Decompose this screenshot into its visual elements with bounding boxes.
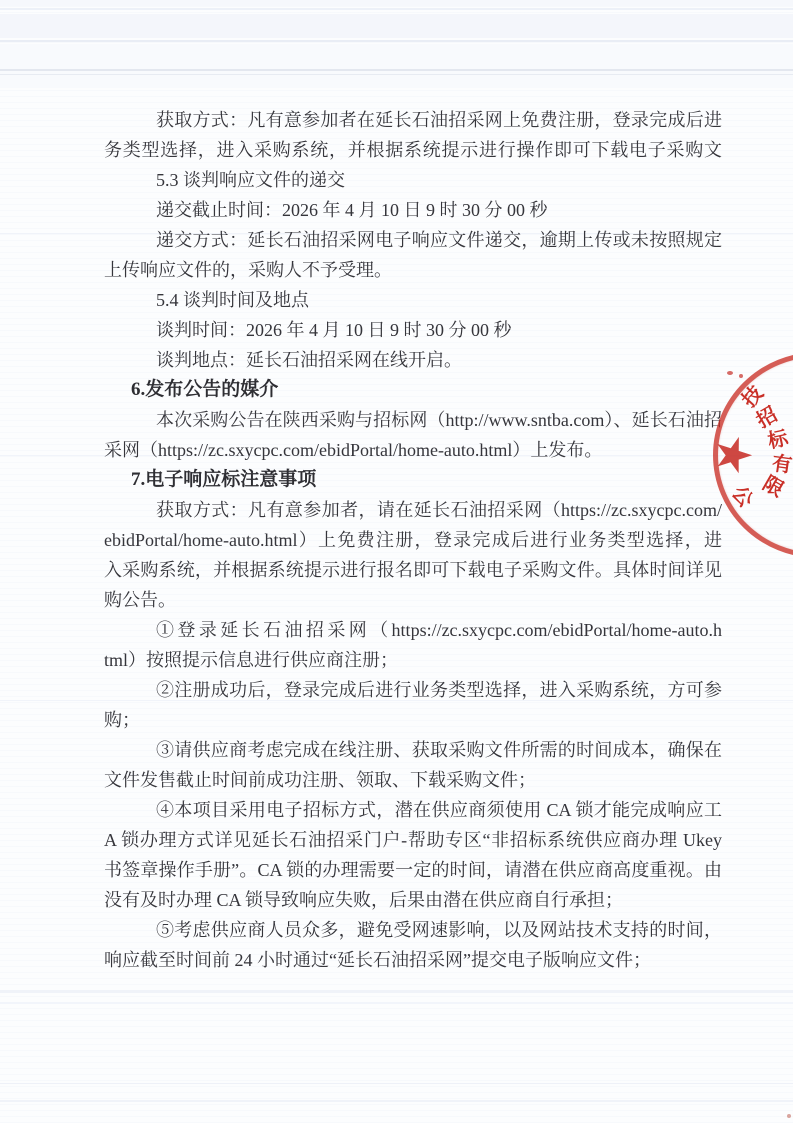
paragraph-line: 递交方式：延长石油招采网电子响应文件递交，逾期上传或未按照规定时间 [104,225,722,255]
paragraph-line: A 锁办理方式详见延长石油招采门户-帮助专区“非招标系统供应商办理 Ukey 证 [104,825,722,855]
section-heading-6: 6.发布公告的媒介 [104,375,722,405]
deadline-line: 递交截止时间：2026 年 4 月 10 日 9 时 30 分 00 秒 [104,195,722,225]
subsection-heading-5-3: 5.3 谈判响应文件的递交 [104,165,722,195]
seal-character: 标 [765,427,791,453]
subsection-heading-5-4: 5.4 谈判时间及地点 [104,285,722,315]
numbered-item-1: ①登录延长石油招采网（https://zc.sxycpc.com/ebidPor… [104,615,722,645]
scan-artifact-line [0,69,793,71]
seal-character: 招 [752,403,782,433]
paragraph-line: 入采购系统，并根据系统提示进行报名即可下载电子采购文件。具体时间详见采 [104,555,722,585]
seal-character: 有 [770,453,793,478]
scan-artifact-line [0,74,793,75]
paragraph-line: 文件发售截止时间前成功注册、领取、下载采购文件； [104,765,722,795]
paragraph-line: 书签章操作手册”。CA 锁的办理需要一定的时间，请潜在供应商高度重视。由于 [104,855,722,885]
paragraph-line: ebidPortal/home-auto.html）上免费注册，登录完成后进行业… [104,525,722,555]
scan-artifact-line [0,1083,793,1084]
paragraph-line: 没有及时办理 CA 锁导致响应失败，后果由潜在供应商自行承担； [104,885,722,915]
paragraph-line: 上传响应文件的，采购人不予受理。 [104,255,722,285]
seal-character: 限 [758,472,788,502]
document-body: 获取方式：凡有意参加者在延长石油招采网上免费注册，登录完成后进行业务类型选择，进… [104,105,722,975]
scan-artifact-line [0,1100,793,1102]
seal-character: 技 [737,381,768,412]
negotiation-time-line: 谈判时间：2026 年 4 月 10 日 9 时 30 分 00 秒 [104,315,722,345]
paragraph-line: 务类型选择，进入采购系统，并根据系统提示进行操作即可下载电子采购文件。 [104,135,722,165]
seal-ink-speck [739,374,743,378]
scan-artifact-line [0,8,793,10]
seal-character: 公 [727,482,758,513]
scan-artifact-line [0,990,793,993]
numbered-item-3: ③请供应商考虑完成在线注册、获取采购文件所需的时间成本，确保在采购 [104,735,722,765]
red-corner-speck [787,1114,791,1118]
scan-artifact-line [0,44,793,88]
paragraph-line: tml）按照提示信息进行供应商注册； [104,645,722,675]
paragraph-line: 购； [104,705,722,735]
numbered-item-2: ②注册成功后，登录完成后进行业务类型选择，进入采购系统，方可参与采 [104,675,722,705]
scan-artifact-line [0,0,793,6]
numbered-item-4: ④本项目采用电子招标方式，潜在供应商须使用 CA 锁才能完成响应工作，C [104,795,722,825]
scan-artifact-line [0,1002,793,1004]
section-heading-7: 7.电子响应标注意事项 [104,465,722,495]
paragraph-line: 购公告。 [104,585,722,615]
paragraph-line: 采网（https://zc.sxycpc.com/ebidPortal/home… [104,435,722,465]
seal-circle [713,352,793,558]
paragraph-line: 获取方式：凡有意参加者，请在延长石油招采网（https://zc.sxycpc.… [104,495,722,525]
scan-artifact-line [0,40,793,42]
negotiation-place-line: 谈判地点：延长石油招采网在线开启。 [104,345,722,375]
paragraph-line: 获取方式：凡有意参加者在延长石油招采网上免费注册，登录完成后进行业 [104,105,722,135]
scanned-document-page: 获取方式：凡有意参加者在延长石油招采网上免费注册，登录完成后进行业务类型选择，进… [0,0,793,1123]
numbered-item-5: ⑤考虑供应商人员众多，避免受网速影响，以及网站技术支持的时间，请于 [104,915,722,945]
paragraph-line: 响应截至时间前 24 小时通过“延长石油招采网”提交电子版响应文件； [104,945,722,975]
scan-artifact-line [0,14,793,38]
paragraph-line: 本次采购公告在陕西采购与招标网（http://www.sntba.com）、延长… [104,405,722,435]
seal-ink-speck [727,371,733,375]
